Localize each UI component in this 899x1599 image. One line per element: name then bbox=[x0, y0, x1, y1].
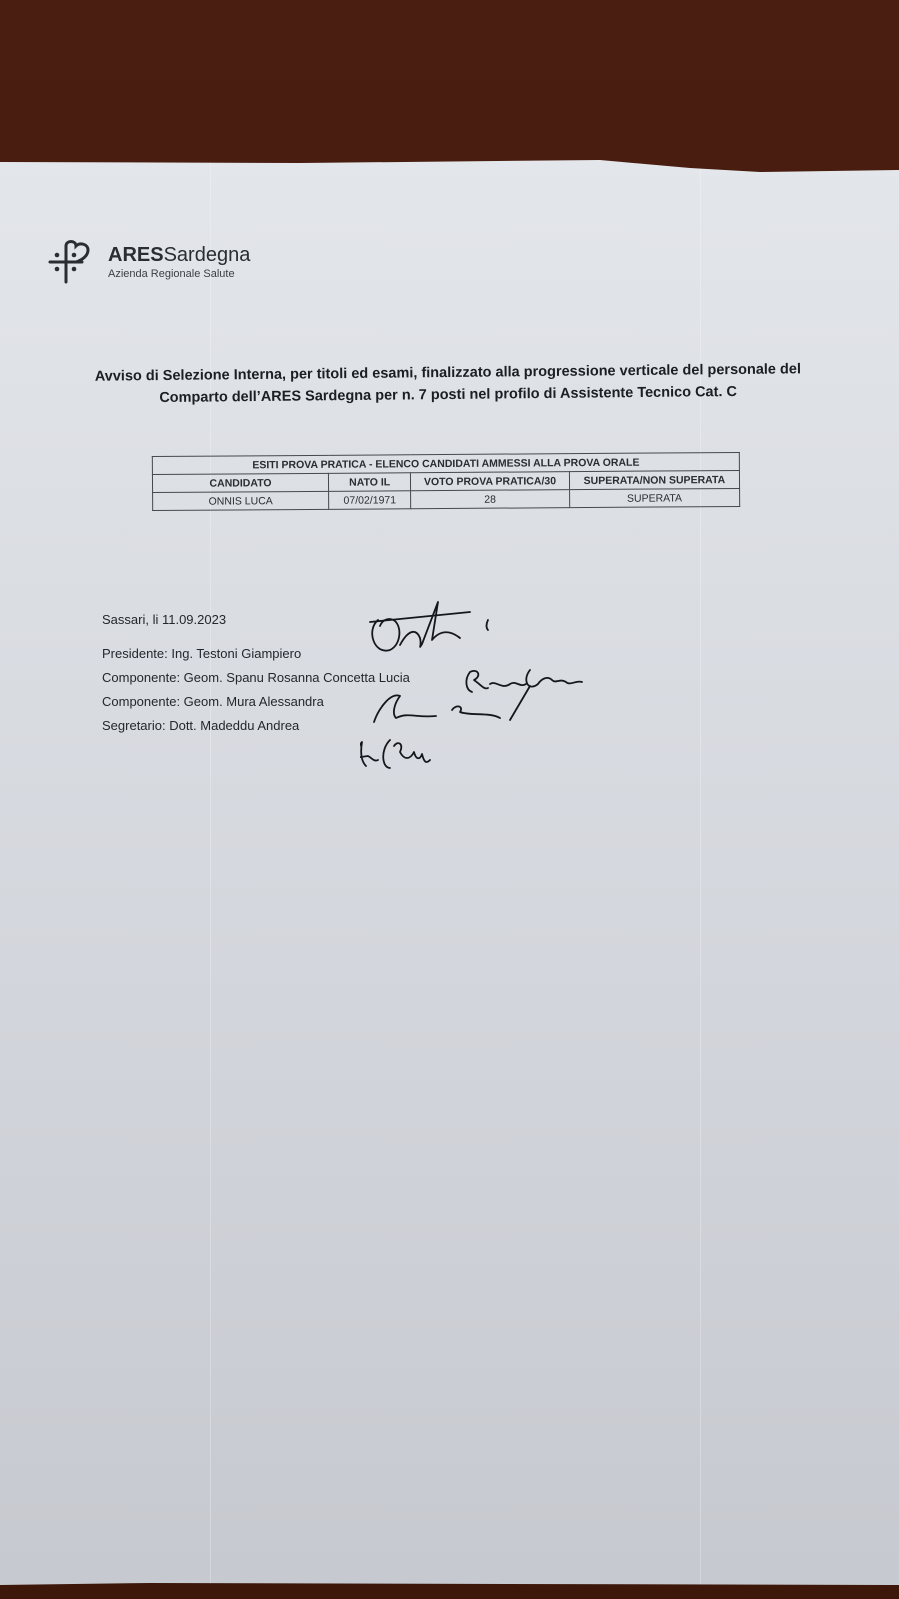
cell-esito: SUPERATA bbox=[569, 488, 739, 507]
table-row: ONNIS LUCA 07/02/1971 28 SUPERATA bbox=[153, 488, 740, 510]
document-title: Avviso di Selezione Interna, per titoli … bbox=[48, 358, 848, 410]
cell-nato-il: 07/02/1971 bbox=[329, 491, 411, 510]
logo-name: ARESSardegna bbox=[108, 244, 250, 266]
cell-voto: 28 bbox=[411, 490, 570, 509]
handwritten-signatures bbox=[360, 600, 620, 780]
header-candidato: CANDIDATO bbox=[152, 473, 328, 492]
header-nato-il: NATO IL bbox=[329, 473, 411, 492]
ares-logo-icon bbox=[48, 238, 102, 286]
ares-logo: ARESSardegna Azienda Regionale Salute bbox=[48, 238, 250, 286]
results-table: ESITI PROVA PRATICA - ELENCO CANDIDATI A… bbox=[152, 452, 740, 511]
logo-subtitle: Azienda Regionale Salute bbox=[108, 268, 250, 280]
header-voto: VOTO PROVA PRATICA/30 bbox=[411, 472, 570, 491]
cell-candidato: ONNIS LUCA bbox=[153, 491, 329, 510]
header-esito: SUPERATA/NON SUPERATA bbox=[569, 470, 739, 489]
